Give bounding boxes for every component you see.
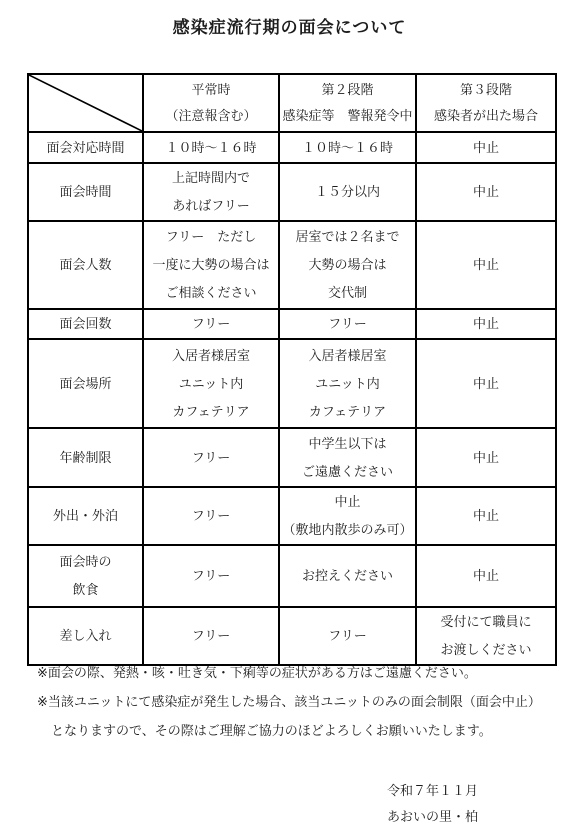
column-header-line: 第２段階 [280, 77, 415, 103]
diagonal-line [29, 75, 142, 131]
table-row: 面会回数フリーフリー中止 [28, 309, 556, 339]
row-label: 年齢制限 [28, 428, 143, 487]
table-cell-line: 上記時間内で [144, 164, 278, 192]
table-cell-line: 中止 [417, 251, 555, 279]
table-cell-line: （敷地内散歩のみ可） [280, 516, 415, 544]
table-cell-line: １０時～１６時 [280, 134, 415, 162]
note-line: ※面会の際、発熱・咳・吐き気・下痢等の症状がある方はご遠慮ください。 [37, 663, 557, 682]
table-row: 面会時間上記時間内であればフリー１５分以内中止 [28, 163, 556, 221]
table-cell: １０時～１６時 [279, 132, 416, 163]
table-cell-line: 一度に大勢の場合は [144, 251, 278, 279]
row-label: 面会時の飲食 [28, 545, 143, 607]
table-cell: 中止 [416, 221, 556, 309]
table-cell: フリー [143, 607, 279, 665]
table-cell-line: 入居者様居室 [144, 342, 278, 370]
column-header-line: 感染症等 警報発令中 [280, 103, 415, 129]
table-cell: フリー [279, 607, 416, 665]
row-label-line: 年齢制限 [29, 444, 142, 472]
table-cell-line: フリー [144, 310, 278, 338]
table-body: 面会対応時間１０時～１６時１０時～１６時中止面会時間上記時間内であればフリー１５… [28, 132, 556, 665]
table-cell-line: 中止 [417, 444, 555, 472]
row-label-line: 面会場所 [29, 370, 142, 398]
table-cell: 中止 [416, 428, 556, 487]
row-label: 面会対応時間 [28, 132, 143, 163]
footer: 令和７年１１月 あおいの里・柏 [387, 778, 478, 830]
table-row: 面会場所入居者様居室ユニット内カフェテリア入居者様居室ユニット内カフェテリア中止 [28, 339, 556, 428]
table-cell-line: ユニット内 [144, 370, 278, 398]
table-cell-line: あればフリー [144, 192, 278, 220]
table-cell: 中止 [416, 545, 556, 607]
page-title: 感染症流行期の面会について [0, 13, 579, 38]
corner-cell [28, 74, 143, 132]
table-cell-line: フリー [144, 444, 278, 472]
visitation-rules-table: 平常時（注意報含む）第２段階感染症等 警報発令中第３段階感染者が出た場合 面会対… [27, 73, 557, 666]
note-line: となりますので、その際はご理解ご協力のほどよろしくお願いいたします。 [37, 721, 557, 740]
table-cell-line: １５分以内 [280, 178, 415, 206]
table-cell-line: フリー [280, 622, 415, 650]
table-cell: フリー [143, 309, 279, 339]
document-page: 感染症流行期の面会について 平常時（注意報含む）第２段階感染症等 警報発令中第３… [0, 0, 579, 836]
table-cell-line: カフェテリア [144, 398, 278, 426]
table-cell-line: 居室では２名まで [280, 223, 415, 251]
table-cell-line: フリー [280, 310, 415, 338]
table-cell-line: 中止 [417, 502, 555, 530]
row-label: 面会人数 [28, 221, 143, 309]
table-cell: 受付にて職員にお渡しください [416, 607, 556, 665]
table-cell: １０時～１６時 [143, 132, 279, 163]
table-cell: １５分以内 [279, 163, 416, 221]
table-cell-line: 中止 [417, 562, 555, 590]
table-cell-line: 交代制 [280, 279, 415, 307]
column-header-line: 第３段階 [417, 77, 555, 103]
table-cell: 中止 [416, 487, 556, 545]
table-cell-line: お控えください [280, 562, 415, 590]
column-header-line: 平常時 [144, 77, 278, 103]
table-cell-line: ご相談ください [144, 279, 278, 307]
row-label-line: 面会時の [29, 548, 142, 576]
table-cell: 入居者様居室ユニット内カフェテリア [279, 339, 416, 428]
table-cell-line: フリー [144, 562, 278, 590]
table-cell: フリー [143, 428, 279, 487]
row-label-line: 外出・外泊 [29, 502, 142, 530]
table-row: 年齢制限フリー中学生以下はご遠慮ください中止 [28, 428, 556, 487]
row-label-line: 面会回数 [29, 310, 142, 338]
table-cell: お控えください [279, 545, 416, 607]
table-header: 平常時（注意報含む）第２段階感染症等 警報発令中第３段階感染者が出た場合 [28, 74, 556, 132]
footer-facility: あおいの里・柏 [387, 804, 478, 830]
table-cell-line: お渡しください [417, 636, 555, 664]
table-cell: 居室では２名まで大勢の場合は交代制 [279, 221, 416, 309]
table-cell-line: 中止 [417, 310, 555, 338]
column-header: 第２段階感染症等 警報発令中 [279, 74, 416, 132]
table-row: 面会対応時間１０時～１６時１０時～１６時中止 [28, 132, 556, 163]
table-cell-line: フリー [144, 622, 278, 650]
table-row: 面会人数フリー ただし一度に大勢の場合はご相談ください居室では２名まで大勢の場合… [28, 221, 556, 309]
row-label-line: 面会対応時間 [29, 134, 142, 162]
header-row: 平常時（注意報含む）第２段階感染症等 警報発令中第３段階感染者が出た場合 [28, 74, 556, 132]
table-cell-line: 中止 [417, 178, 555, 206]
row-label: 面会場所 [28, 339, 143, 428]
table-cell: フリー [143, 487, 279, 545]
note-line: ※当該ユニットにて感染症が発生した場合、該当ユニットのみの面会制限（面会中止） [37, 692, 557, 711]
table-cell: 入居者様居室ユニット内カフェテリア [143, 339, 279, 428]
table-cell: 中止 [416, 132, 556, 163]
table-cell: 中学生以下はご遠慮ください [279, 428, 416, 487]
table-cell: フリー [279, 309, 416, 339]
column-header-line: （注意報含む） [144, 103, 278, 129]
table-cell-line: ご遠慮ください [280, 458, 415, 486]
table-cell-line: 大勢の場合は [280, 251, 415, 279]
table-cell-line: １０時～１６時 [144, 134, 278, 162]
table-cell-line: 中止 [417, 134, 555, 162]
row-label-line: 面会時間 [29, 178, 142, 206]
table-cell-line: 受付にて職員に [417, 608, 555, 636]
column-header: 第３段階感染者が出た場合 [416, 74, 556, 132]
table-cell: フリー ただし一度に大勢の場合はご相談ください [143, 221, 279, 309]
column-header: 平常時（注意報含む） [143, 74, 279, 132]
table-cell-line: カフェテリア [280, 398, 415, 426]
table-cell: 中止 [416, 339, 556, 428]
table-row: 外出・外泊フリー中止（敷地内散歩のみ可）中止 [28, 487, 556, 545]
table-cell: 上記時間内であればフリー [143, 163, 279, 221]
footer-date: 令和７年１１月 [387, 778, 478, 804]
table-row: 面会時の飲食フリーお控えください中止 [28, 545, 556, 607]
row-label-line: 飲食 [29, 576, 142, 604]
row-label-line: 差し入れ [29, 622, 142, 650]
table-cell: 中止 [416, 163, 556, 221]
table-cell-line: 中学生以下は [280, 430, 415, 458]
table-cell: 中止 [416, 309, 556, 339]
row-label-line: 面会人数 [29, 251, 142, 279]
row-label: 面会時間 [28, 163, 143, 221]
table-cell-line: 中止 [417, 370, 555, 398]
table-cell-line: フリー ただし [144, 223, 278, 251]
table-cell: フリー [143, 545, 279, 607]
table-cell-line: ユニット内 [280, 370, 415, 398]
row-label: 面会回数 [28, 309, 143, 339]
table-cell: 中止（敷地内散歩のみ可） [279, 487, 416, 545]
notes-section: ※面会の際、発熱・咳・吐き気・下痢等の症状がある方はご遠慮ください。※当該ユニッ… [37, 663, 557, 750]
table-cell-line: 中止 [280, 488, 415, 516]
row-label: 差し入れ [28, 607, 143, 665]
row-label: 外出・外泊 [28, 487, 143, 545]
table-cell-line: 入居者様居室 [280, 342, 415, 370]
column-header-line: 感染者が出た場合 [417, 103, 555, 129]
table-cell-line: フリー [144, 502, 278, 530]
table-row: 差し入れフリーフリー受付にて職員にお渡しください [28, 607, 556, 665]
